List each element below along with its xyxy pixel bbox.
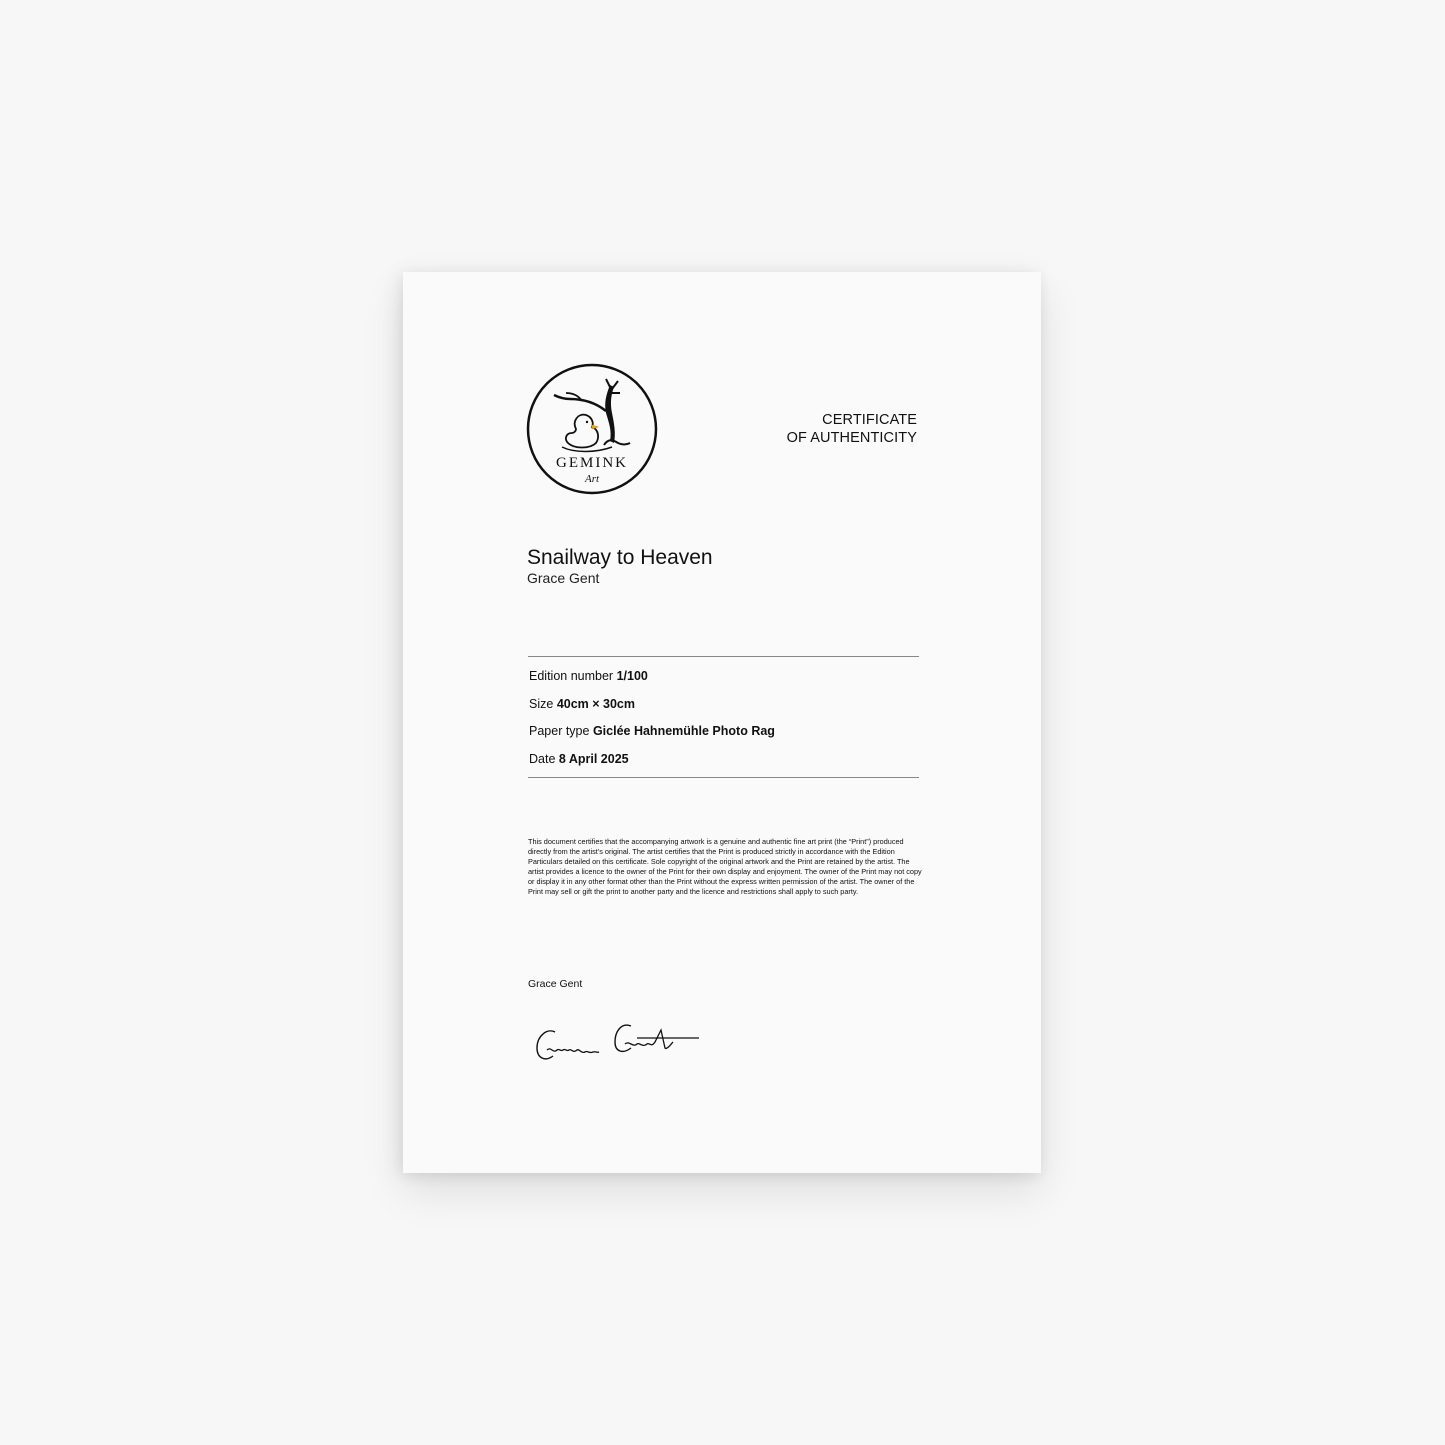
signature-icon — [533, 1020, 703, 1070]
particular-value: Giclée Hahnemühle Photo Rag — [593, 724, 775, 738]
particular-value: 8 April 2025 — [559, 752, 629, 766]
signer-name: Grace Gent — [528, 978, 582, 990]
particular-value: 40cm × 30cm — [557, 697, 635, 711]
svg-text:GEMINK: GEMINK — [556, 455, 628, 471]
duck-under-tree-logo-icon: GEMINK Art — [526, 363, 658, 495]
particular-row-date: Date 8 April 2025 — [529, 745, 919, 773]
artist-name: Grace Gent — [527, 570, 599, 586]
particular-label: Size — [529, 697, 553, 711]
handwritten-signature — [533, 1020, 703, 1070]
gemink-art-logo: GEMINK Art — [526, 363, 658, 495]
particular-row-edition: Edition number 1/100 — [529, 662, 919, 690]
particular-row-size: Size 40cm × 30cm — [529, 690, 919, 718]
artwork-title: Snailway to Heaven — [527, 546, 713, 570]
particular-label: Edition number — [529, 669, 613, 683]
legal-statement: This document certifies that the accompa… — [528, 837, 925, 898]
certificate-heading-line2: OF AUTHENTICITY — [787, 429, 917, 447]
svg-text:Art: Art — [584, 473, 600, 485]
certificate-heading-line1: CERTIFICATE — [787, 411, 917, 429]
certificate-heading: CERTIFICATE OF AUTHENTICITY — [787, 411, 917, 447]
particular-label: Date — [529, 752, 555, 766]
certificate-document: GEMINK Art CERTIFICATE OF AUTHENTICITY S… — [403, 272, 1041, 1173]
particular-label: Paper type — [529, 724, 589, 738]
particular-row-paper-type: Paper type Giclée Hahnemühle Photo Rag — [529, 717, 919, 745]
edition-particulars: Edition number 1/100 Size 40cm × 30cm Pa… — [528, 656, 919, 778]
particular-value: 1/100 — [617, 669, 648, 683]
